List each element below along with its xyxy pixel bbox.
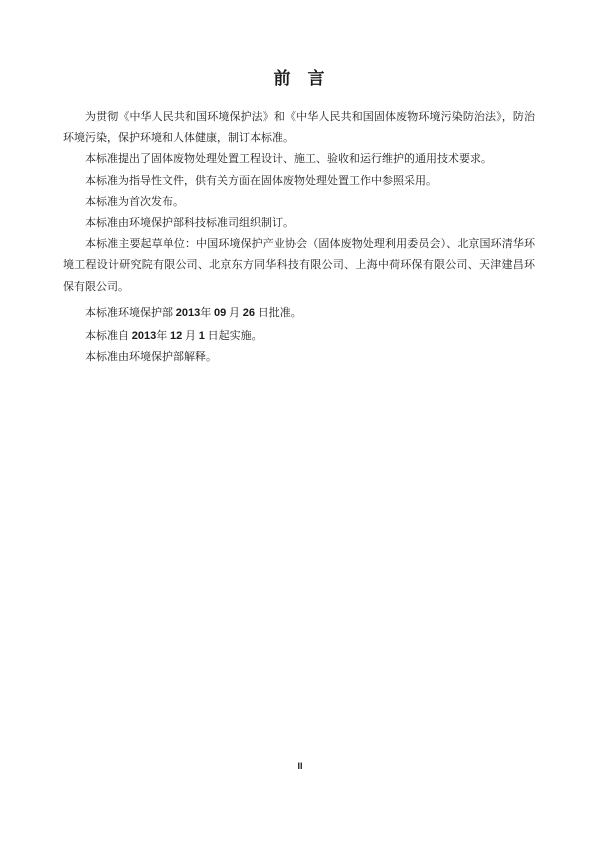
- paragraph-implementation-date: 本标准自 2013年 12 月 1 日起实施。: [63, 326, 535, 347]
- paragraph-approval-date: 本标准环境保护部 2013年 09 月 26 日批准。: [63, 303, 535, 324]
- impl-year-label: 年: [156, 330, 170, 342]
- paragraph-organizer: 本标准由环境保护部科技标准司组织制订。: [63, 213, 535, 234]
- impl-text-prefix: 本标准自: [85, 330, 132, 342]
- impl-month-label: 月: [182, 330, 199, 342]
- approval-text-prefix: 本标准环境保护部: [85, 307, 176, 319]
- paragraph-guidance: 本标准为指导性文件，供有关方面在固体废物处理处置工作中参照采用。: [63, 171, 535, 192]
- page-title: 前 言: [63, 70, 535, 87]
- approval-day: 26: [243, 307, 255, 319]
- page-number: II: [0, 761, 600, 771]
- approval-year: 2013: [176, 307, 200, 319]
- approval-text-suffix: 日批准。: [255, 307, 302, 319]
- impl-month: 12: [170, 330, 182, 342]
- paragraph-first-issue: 本标准为首次发布。: [63, 192, 535, 213]
- impl-text-suffix: 日起实施。: [205, 330, 263, 342]
- paragraph-drafting-units: 本标准主要起草单位：中国环境保护产业协会（固体废物处理利用委员会）、北京国环清华…: [63, 234, 535, 298]
- paragraph-purpose: 为贯彻《中华人民共和国环境保护法》和《中华人民共和国固体废物环境污染防治法》，防…: [63, 107, 535, 149]
- approval-month-label: 月: [226, 307, 243, 319]
- paragraph-interpretation: 本标准由环境保护部解释。: [63, 347, 535, 368]
- paragraph-scope: 本标准提出了固体废物处理处置工程设计、施工、验收和运行维护的通用技术要求。: [63, 149, 535, 170]
- approval-year-label: 年: [200, 307, 214, 319]
- document-page: 前 言 为贯彻《中华人民共和国环境保护法》和《中华人民共和国固体废物环境污染防治…: [0, 0, 600, 848]
- approval-month: 09: [214, 307, 226, 319]
- impl-year: 2013: [132, 330, 156, 342]
